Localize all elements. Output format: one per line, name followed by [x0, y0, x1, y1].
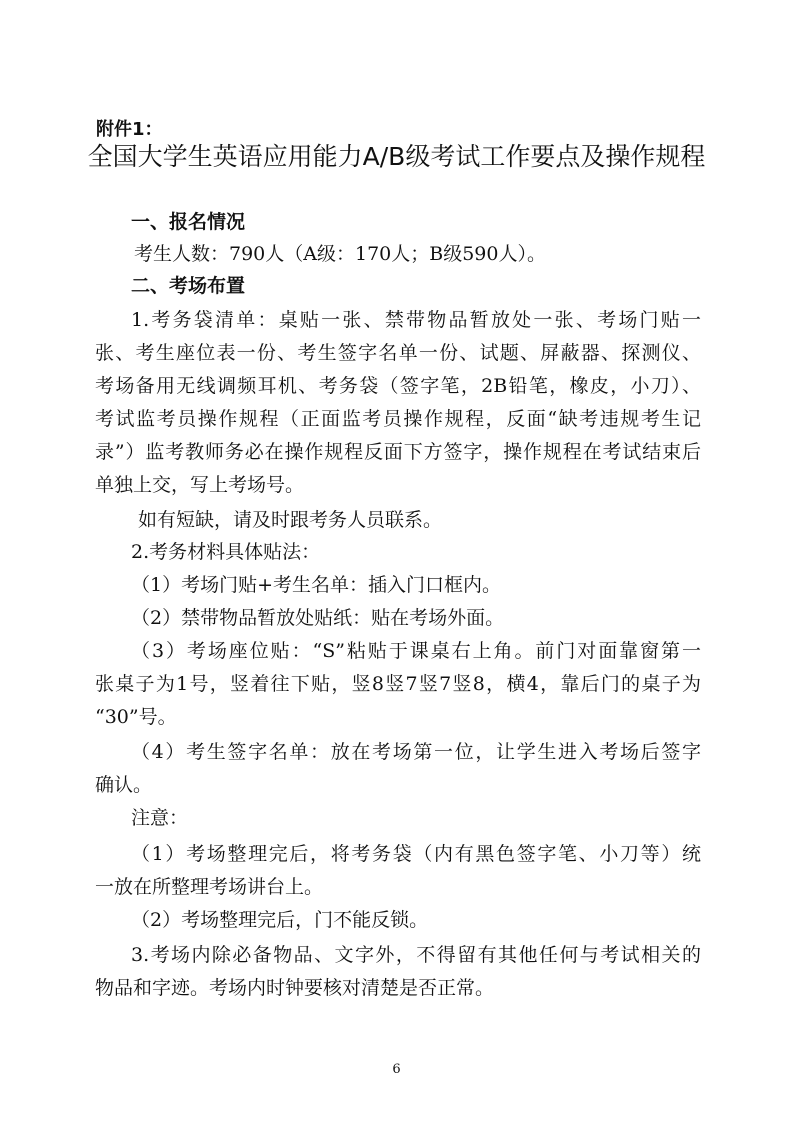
notice1-line: 一放在所整理考场讲台上。 [95, 875, 323, 899]
item2-sub2: （2）禁带物品暂放处贴纸：贴在考场外面。 [131, 606, 504, 630]
item2-sub4-line: （4）考生签字名单：放在考场第一位，让学生进入考场后签字 [131, 740, 701, 764]
section-heading-room-setup: 二、考场布置 [131, 274, 245, 298]
item2-sub3-line: 张桌子为1号，竖着往下贴，竖8竖7竖7竖8，横4，靠后门的桌子为 [95, 672, 701, 696]
item1-line: 考场备用无线调频耳机、考务袋（签字笔，2B铅笔，橡皮，小刀）、 [95, 374, 701, 398]
item1-shortage-note: 如有短缺，请及时跟考务人员联系。 [138, 508, 442, 532]
item1-line: 单独上交，写上考场号。 [95, 473, 304, 497]
document-page: 附件1： 全国大学生英语应用能力A/B级考试工作要点及操作规程 一、报名情况 考… [0, 0, 793, 1122]
document-title: 全国大学生英语应用能力A/B级考试工作要点及操作规程 [0, 140, 793, 174]
item1-line: 1.考务袋清单：桌贴一张、禁带物品暂放处一张、考场门贴一 [131, 308, 701, 332]
item1-line: 考试监考员操作规程（正面监考员操作规程，反面“缺考违规考生记 [95, 407, 701, 431]
notice-label: 注意： [131, 806, 188, 830]
attachment-label: 附件1： [96, 118, 163, 142]
item3-line: 物品和字迹。考场内时钟要核对清楚是否正常。 [95, 976, 494, 1000]
item2-sub3-line: “30”号。 [95, 705, 177, 729]
item2-sub4-line: 确认。 [95, 773, 152, 797]
item2-heading: 2.考务材料具体贴法： [131, 540, 320, 564]
section-heading-registration: 一、报名情况 [131, 210, 245, 234]
notice2-line: （2）考场整理完后，门不能反锁。 [131, 908, 428, 932]
item3-line: 3.考场内除必备物品、文字外，不得留有其他任何与考试相关的 [131, 943, 701, 967]
registration-count: 考生人数：790人（A级：170人；B级590人）。 [134, 242, 546, 266]
item2-sub1: （1）考场门贴+考生名单：插入门口框内。 [131, 573, 501, 597]
notice1-line: （1）考场整理完后，将考务袋（内有黑色签字笔、小刀等）统 [131, 842, 701, 866]
page-number: 6 [0, 1058, 793, 1082]
item1-line: 录”）监考教师务必在操作规程反面下方签字，操作规程在考试结束后 [95, 440, 701, 464]
item2-sub3-line: （3）考场座位贴：“S”粘贴于课桌右上角。前门对面靠窗第一 [131, 639, 701, 663]
item1-line: 张、考生座位表一份、考生签字名单一份、试题、屏蔽器、探测仪、 [95, 341, 701, 365]
